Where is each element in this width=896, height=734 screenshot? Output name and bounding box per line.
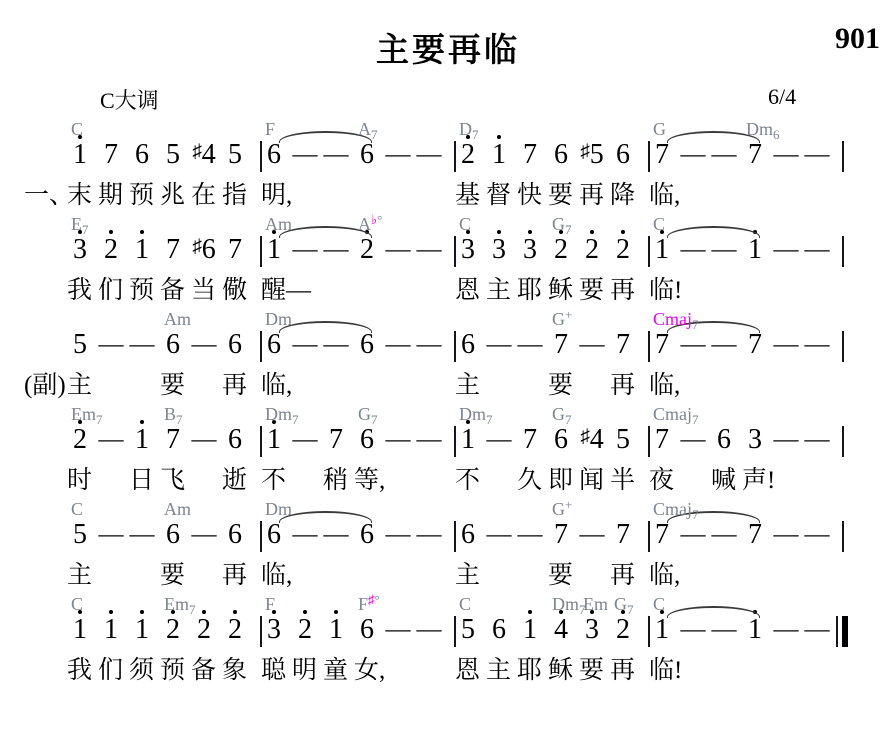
note-digit: 2 xyxy=(73,424,87,456)
barline xyxy=(842,141,844,172)
lyric-syllable: 基 xyxy=(455,182,480,210)
duration-dash: — xyxy=(681,329,706,361)
note-digit: 2 xyxy=(461,139,475,171)
duration-dash: — xyxy=(805,329,830,361)
duration-dash: — xyxy=(386,139,411,171)
lyric-syllable: 要 xyxy=(160,562,185,590)
chord-symbol: E7 xyxy=(71,215,89,235)
note-digit: 3 xyxy=(748,424,762,456)
duration-dash: — xyxy=(386,424,411,456)
lyric-syllable: 等, xyxy=(354,467,385,495)
barline xyxy=(842,331,844,362)
note-digit: 6 xyxy=(360,614,374,646)
note-digit: 6 xyxy=(616,139,630,171)
note-digit: 6 xyxy=(267,519,281,551)
note-digit: 7 xyxy=(655,519,669,551)
note-digit: 1 xyxy=(329,614,343,646)
note-digit: 3 xyxy=(461,234,475,266)
chord-part: ♯ xyxy=(368,592,375,607)
lyric-syllable: 主 xyxy=(67,372,92,400)
lyric-syllable: 再 xyxy=(222,562,247,590)
note-row: 3217♯671——2——3332221——1—— xyxy=(70,234,856,274)
duration-dash: — xyxy=(417,329,442,361)
chord-part: C xyxy=(71,119,83,139)
music-system: AmDmG+Cmaj75——6—66——6——6——7—77——7——(副)主要… xyxy=(70,312,856,407)
lyric-syllable: 备 xyxy=(160,277,185,305)
note-digit: 7 xyxy=(166,424,180,456)
lyric-syllable: 女, xyxy=(354,657,385,685)
note-row: 5——6—66——6——6——7—77——7—— xyxy=(70,329,856,369)
lyric-syllable: 半 xyxy=(610,467,635,495)
duration-dash: — xyxy=(130,519,155,551)
sharp-icon: ♯ xyxy=(580,141,590,162)
note-row: 1765♯456——6——2176♯567——7—— xyxy=(70,139,856,179)
note-digit: 2 xyxy=(197,614,211,646)
note-digit: 3 xyxy=(267,614,281,646)
lyric-syllable: 明 xyxy=(292,657,317,685)
duration-dash: — xyxy=(805,519,830,551)
chord-part: G xyxy=(552,309,565,329)
duration-dash: — xyxy=(99,329,124,361)
lyric-syllable: 耶 xyxy=(517,277,542,305)
chord-symbol: Am xyxy=(265,215,292,233)
chord-part: 7 xyxy=(472,127,479,142)
note-digit: 6 xyxy=(360,424,374,456)
note-row: 2—17—61—76——1—76♯457—63—— xyxy=(70,424,856,464)
lyric-syllable: 降 xyxy=(610,182,635,210)
lyric-syllable: 儆 xyxy=(222,277,247,305)
lyric-syllable: 预 xyxy=(160,657,185,685)
chord-part: 7 xyxy=(692,507,699,522)
chord-part: A xyxy=(358,214,371,234)
note-digit: 7 xyxy=(655,424,669,456)
lyric-syllable: 快 xyxy=(517,182,542,210)
lyric-syllable: 临, xyxy=(649,562,680,590)
lyric-syllable: 声! xyxy=(742,467,775,495)
music-system: E7AmA♭°CG7C3217♯671——2——3332221——1——我们预备… xyxy=(70,217,856,312)
chord-part: G xyxy=(552,214,565,234)
chord-symbol: C xyxy=(459,215,471,233)
note-digit: 6 xyxy=(228,424,242,456)
chord-symbol: C xyxy=(71,595,83,613)
chord-symbol: A7 xyxy=(358,120,378,140)
duration-dash: — xyxy=(192,424,217,456)
note-digit: 5 xyxy=(166,139,180,171)
lyric-syllable: 再 xyxy=(610,372,635,400)
lyric-syllable: 夜 xyxy=(649,467,674,495)
chord-symbol: Em xyxy=(583,595,608,613)
note-digit: ♯4 xyxy=(580,424,604,459)
lyric-syllable: 日 xyxy=(129,467,154,495)
duration-dash: — xyxy=(417,519,442,551)
lyric-syllable: 稍 xyxy=(323,467,348,495)
song-title: 主要再临 xyxy=(0,24,896,71)
duration-dash: — xyxy=(487,519,512,551)
note-digit: 1 xyxy=(492,139,506,171)
duration-dash: — xyxy=(487,424,512,456)
note-digit: 7 xyxy=(523,424,537,456)
lyric-syllable: 须 xyxy=(129,657,154,685)
chord-symbol: G7 xyxy=(614,595,634,615)
duration-dash: — xyxy=(99,424,124,456)
lyric-syllable: 当 xyxy=(191,277,216,305)
lyric-syllable: 喊 xyxy=(711,467,736,495)
lyric-syllable: 要 xyxy=(160,372,185,400)
note-digit: 1 xyxy=(461,424,475,456)
lyric-syllable: 再 xyxy=(579,182,604,210)
barline xyxy=(454,236,456,267)
chord-part: Dm xyxy=(265,404,292,424)
duration-dash: — xyxy=(324,329,349,361)
chord-symbol: C xyxy=(459,595,471,613)
chord-symbol: G7 xyxy=(358,405,378,425)
chord-part: Em xyxy=(583,594,608,614)
note-digit: 5 xyxy=(73,329,87,361)
chord-part: Em xyxy=(71,404,96,424)
lyric-syllable: 稣 xyxy=(548,277,573,305)
duration-dash: — xyxy=(805,234,830,266)
lyric-syllable: 不 xyxy=(455,467,480,495)
lyric-syllable: 耶 xyxy=(517,657,542,685)
lyric-syllable: 要 xyxy=(579,657,604,685)
note-digit: 6 xyxy=(461,329,475,361)
barline xyxy=(648,616,650,647)
duration-dash: — xyxy=(805,139,830,171)
chord-symbol: Am xyxy=(164,310,191,328)
chord-symbol: Dm6 xyxy=(746,120,780,140)
note-digit: 6 xyxy=(267,329,281,361)
chord-part: C xyxy=(71,499,83,519)
note-digit: 5 xyxy=(73,519,87,551)
lyric-row: (副)主要再临,主要再临, xyxy=(70,370,856,404)
duration-dash: — xyxy=(324,234,349,266)
note-digit: 7 xyxy=(523,139,537,171)
lyric-syllable: 聪 xyxy=(261,657,286,685)
chord-symbol: Dm7 xyxy=(265,405,299,425)
chord-part: 6 xyxy=(773,127,780,142)
note-digit: 5 xyxy=(228,139,242,171)
lyric-syllable: 主 xyxy=(67,562,92,590)
chord-row: CAmDmG+Cmaj7 xyxy=(70,502,856,519)
chord-symbol: Cmaj7 xyxy=(653,500,699,520)
duration-dash: — xyxy=(386,519,411,551)
note-digit: 1 xyxy=(748,614,762,646)
note-digit: 1 xyxy=(523,614,537,646)
lyric-syllable: 再 xyxy=(610,562,635,590)
note-digit: 2 xyxy=(554,234,568,266)
chord-part: 7 xyxy=(565,222,572,237)
chord-row: CFA7D7GDm6 xyxy=(70,122,856,139)
note-digit: 6 xyxy=(267,139,281,171)
note-digit: 1 xyxy=(267,424,281,456)
chord-symbol: Am xyxy=(164,500,191,518)
chord-part: Cmaj xyxy=(653,404,692,424)
lyric-syllable: 恩 xyxy=(455,277,480,305)
note-row: 1112223216——5614321——1—— xyxy=(70,614,856,654)
note-digit: 1 xyxy=(655,614,669,646)
barline xyxy=(260,426,262,457)
note-digit: 1 xyxy=(267,234,281,266)
note-digit: 4 xyxy=(554,614,568,646)
note-digit: 6 xyxy=(166,329,180,361)
lyric-syllable: 再 xyxy=(610,277,635,305)
music-system: Em7B7Dm7G7Dm7G7Cmaj72—17—61—76——1—76♯457… xyxy=(70,407,856,502)
note-digit: 6 xyxy=(461,519,475,551)
key-signature: C大调 xyxy=(100,84,159,115)
chord-part: Dm xyxy=(265,309,292,329)
chord-symbol: D7 xyxy=(459,120,479,140)
lyric-syllable: 临, xyxy=(261,562,292,590)
duration-dash: — xyxy=(386,234,411,266)
note-digit: 7 xyxy=(748,139,762,171)
lyric-syllable: 醒— xyxy=(261,277,311,305)
time-signature: 6/4 xyxy=(768,84,796,110)
chord-part: Am xyxy=(164,499,191,519)
chord-symbol: C xyxy=(71,500,83,518)
chord-part: ° xyxy=(377,212,382,227)
note-digit: ♯6 xyxy=(192,234,216,269)
lyric-syllable: 期 xyxy=(98,182,123,210)
duration-dash: — xyxy=(293,139,318,171)
note-digit: 6 xyxy=(554,424,568,456)
chord-part: F xyxy=(265,119,275,139)
score: CFA7D7GDm61765♯456——6——2176♯567——7——一、末期… xyxy=(70,122,856,692)
chord-part: 7 xyxy=(371,127,378,142)
barline xyxy=(260,521,262,552)
note-digit: 7 xyxy=(748,519,762,551)
chord-symbol: Dm7 xyxy=(459,405,493,425)
final-barline-thin xyxy=(836,616,838,647)
note-digit: 2 xyxy=(360,234,374,266)
chord-symbol: C xyxy=(653,215,665,233)
lyric-syllable: 督 xyxy=(486,182,511,210)
chord-symbol: A♭° xyxy=(358,215,382,235)
chord-part: C xyxy=(459,594,471,614)
chord-part: G xyxy=(653,119,666,139)
chord-symbol: Dm xyxy=(265,500,292,518)
lyric-syllable: 童 xyxy=(323,657,348,685)
chord-part: 7 xyxy=(96,412,103,427)
chord-part: F xyxy=(358,594,368,614)
duration-dash: — xyxy=(99,519,124,551)
note-digit: 2 xyxy=(616,234,630,266)
duration-dash: — xyxy=(417,614,442,646)
lyric-syllable: 临! xyxy=(649,657,682,685)
note-digit: 7 xyxy=(616,329,630,361)
chord-part: 7 xyxy=(371,412,378,427)
chord-part: G xyxy=(552,499,565,519)
chord-part: G xyxy=(358,404,371,424)
duration-dash: — xyxy=(774,234,799,266)
duration-dash: — xyxy=(192,329,217,361)
duration-dash: — xyxy=(293,234,318,266)
lyric-syllable: 预 xyxy=(129,182,154,210)
note-digit: 6 xyxy=(166,519,180,551)
note-row: 5——6—66——6——6——7—77——7—— xyxy=(70,519,856,559)
duration-dash: — xyxy=(774,139,799,171)
lyric-syllable: 临! xyxy=(649,277,682,305)
lyric-syllable: 稣 xyxy=(548,657,573,685)
lyric-syllable: 明, xyxy=(261,182,292,210)
chord-part: + xyxy=(565,497,572,512)
chord-part: D xyxy=(459,119,472,139)
note-digit: 2 xyxy=(166,614,180,646)
chord-symbol: F♯° xyxy=(358,595,380,615)
lyric-syllable: 飞 xyxy=(160,467,185,495)
lyric-syllable: 主 xyxy=(455,562,480,590)
chord-symbol: Em7 xyxy=(164,595,196,615)
lyric-syllable: 要 xyxy=(548,182,573,210)
note-digit: 1 xyxy=(655,234,669,266)
duration-dash: — xyxy=(681,424,706,456)
chord-part: 7 xyxy=(292,412,299,427)
chord-symbol: F xyxy=(265,595,275,613)
note-digit: 5 xyxy=(616,424,630,456)
barline xyxy=(842,521,844,552)
chord-part: Cmaj xyxy=(653,309,692,329)
barline xyxy=(260,331,262,362)
lyric-row: 一、末期预兆在指明,基督快要再降临, xyxy=(70,180,856,214)
duration-dash: — xyxy=(774,519,799,551)
duration-dash: — xyxy=(130,329,155,361)
duration-dash: — xyxy=(580,519,605,551)
duration-dash: — xyxy=(712,234,737,266)
chord-symbol: G+ xyxy=(552,310,572,330)
chord-row: AmDmG+Cmaj7 xyxy=(70,312,856,329)
duration-dash: — xyxy=(518,519,543,551)
lyric-row: 主要再临,主要再临, xyxy=(70,560,856,594)
note-digit: 3 xyxy=(73,234,87,266)
lyric-syllable: 们 xyxy=(98,657,123,685)
barline xyxy=(842,426,844,457)
note-digit: 1 xyxy=(135,234,149,266)
note-digit: 7 xyxy=(655,329,669,361)
sharp-icon: ♯ xyxy=(192,236,202,257)
duration-dash: — xyxy=(324,519,349,551)
chord-part: A xyxy=(358,119,371,139)
chord-symbol: F xyxy=(265,120,275,138)
barline xyxy=(260,236,262,267)
chord-symbol: Em7 xyxy=(71,405,103,425)
chord-part: F xyxy=(265,594,275,614)
duration-dash: — xyxy=(712,329,737,361)
barline xyxy=(260,141,262,172)
chord-symbol: C xyxy=(71,120,83,138)
lyric-syllable: 主 xyxy=(455,372,480,400)
duration-dash: — xyxy=(712,519,737,551)
chord-part: + xyxy=(565,307,572,322)
chord-part: Dm xyxy=(746,119,773,139)
chord-part: Am xyxy=(265,214,292,234)
chord-part: B xyxy=(164,404,176,424)
barline xyxy=(842,236,844,267)
duration-dash: — xyxy=(681,234,706,266)
note-digit: 1 xyxy=(73,614,87,646)
lyric-syllable: 恩 xyxy=(455,657,480,685)
duration-dash: — xyxy=(417,234,442,266)
chord-part: 7 xyxy=(176,412,183,427)
barline xyxy=(648,331,650,362)
chord-part: Em xyxy=(164,594,189,614)
note-digit: 2 xyxy=(228,614,242,646)
note-digit: 7 xyxy=(616,519,630,551)
note-digit: 6 xyxy=(360,329,374,361)
chord-symbol: G xyxy=(653,120,666,138)
note-digit: 7 xyxy=(554,329,568,361)
chord-part: 7 xyxy=(565,412,572,427)
note-digit: 7 xyxy=(166,234,180,266)
duration-dash: — xyxy=(192,519,217,551)
chord-row: CEm7FF♯°CDm7EmG7C xyxy=(70,597,856,614)
music-system: CAmDmG+Cmaj75——6—66——6——6——7—77——7——主要再临… xyxy=(70,502,856,597)
barline xyxy=(454,331,456,362)
chord-part: 7 xyxy=(692,317,699,332)
note-digit: 6 xyxy=(717,424,731,456)
chord-part: E xyxy=(71,214,82,234)
barline xyxy=(454,616,456,647)
hymn-sheet-page: 901 主要再临 C大调 6/4 CFA7D7GDm61765♯456——6——… xyxy=(0,0,896,734)
chord-part: Cmaj xyxy=(653,499,692,519)
barline xyxy=(648,426,650,457)
note-digit: 7 xyxy=(228,234,242,266)
note-digit: 3 xyxy=(523,234,537,266)
duration-dash: — xyxy=(805,424,830,456)
duration-dash: — xyxy=(681,614,706,646)
duration-dash: — xyxy=(712,139,737,171)
chord-part: Dm xyxy=(265,499,292,519)
lyric-syllable: 指 xyxy=(222,182,247,210)
chord-symbol: Dm7 xyxy=(552,595,586,615)
chord-symbol: Cmaj7 xyxy=(653,405,699,425)
chord-part: 7 xyxy=(692,412,699,427)
lyric-syllable: 在 xyxy=(191,182,216,210)
lyric-syllable: 预 xyxy=(129,277,154,305)
lyric-syllable: 久 xyxy=(517,467,542,495)
chord-part: 7 xyxy=(627,602,634,617)
note-digit: 3 xyxy=(492,234,506,266)
chord-part: 7 xyxy=(82,222,89,237)
sharp-icon: ♯ xyxy=(580,426,590,447)
chord-symbol: C xyxy=(653,595,665,613)
note-digit: ♯4 xyxy=(192,139,216,174)
final-barline-thick xyxy=(842,616,848,647)
duration-dash: — xyxy=(417,139,442,171)
note-digit: 7 xyxy=(104,139,118,171)
chord-symbol: G7 xyxy=(552,405,572,425)
duration-dash: — xyxy=(324,139,349,171)
barline xyxy=(454,426,456,457)
lyric-row: 时日飞逝不稍等,不久即闻半夜喊声! xyxy=(70,465,856,499)
lyric-syllable: 兆 xyxy=(160,182,185,210)
note-digit: 1 xyxy=(104,614,118,646)
music-system: CFA7D7GDm61765♯456——6——2176♯567——7——一、末期… xyxy=(70,122,856,217)
note-digit: 1 xyxy=(135,424,149,456)
note-digit: 6 xyxy=(360,139,374,171)
barline xyxy=(260,616,262,647)
duration-dash: — xyxy=(386,329,411,361)
lyric-syllable: 再 xyxy=(222,372,247,400)
lyric-syllable: 我 xyxy=(67,657,92,685)
chord-part: C xyxy=(71,594,83,614)
duration-dash: — xyxy=(712,614,737,646)
lyric-syllable: 再 xyxy=(610,657,635,685)
chord-symbol: G+ xyxy=(552,500,572,520)
lyric-syllable: 要 xyxy=(548,562,573,590)
note-digit: 2 xyxy=(298,614,312,646)
lyric-syllable: 末 xyxy=(67,182,92,210)
lyric-syllable: 主 xyxy=(486,657,511,685)
lyric-syllable: 逝 xyxy=(222,467,247,495)
